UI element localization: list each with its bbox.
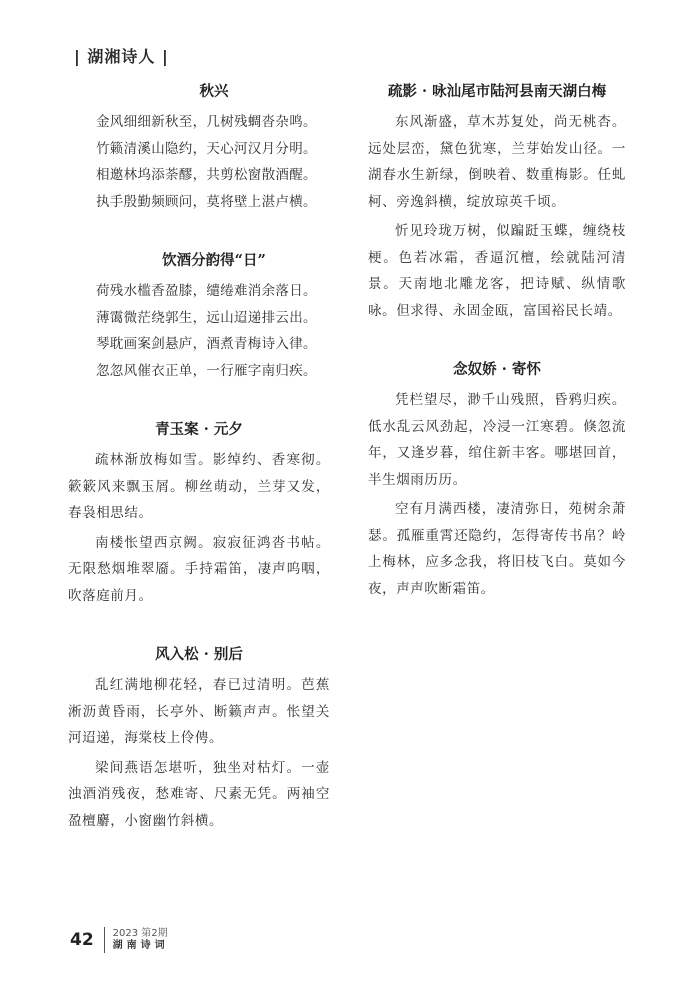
poem-line: 琴耽画案剑悬庐，酒煮青梅诗入律。 — [96, 331, 332, 358]
poem-paragraph: 南楼怅望西京阙。寂寂征鸿沓书帖。无限愁烟堆翠靥。手持霜笛，凄声呜咽，吹落庭前月。 — [68, 530, 330, 610]
poem-title: 疏影 · 咏汕尾市陆河县南天湖白梅 — [368, 82, 626, 102]
poem-line: 金风细细新秋至，几树残蜩沓杂鸣。 — [96, 109, 332, 136]
poem-line: 荷残水槛香盈膝，缱绻难消余落日。 — [96, 278, 332, 305]
poem-qingyuan: 青玉案 · 元夕 疏林渐放梅如雪。影绰约、香寒彻。簌簌风来飘玉屑。柳丝萌动，兰芽… — [68, 420, 330, 609]
left-column: 秋兴 金风细细新秋至，几树残蜩沓杂鸣。 竹籁清溪山隐约，天心河汉月分明。 相邀林… — [96, 82, 332, 870]
poem-title: 风入松 · 别后 — [68, 645, 330, 665]
poem-qiuxing: 秋兴 金风细细新秋至，几树残蜩沓杂鸣。 竹籁清溪山隐约，天心河汉月分明。 相邀林… — [96, 82, 332, 215]
footer-info: 2023 第2期 湖南诗词 — [113, 928, 169, 952]
poem-fengrusong: 风入松 · 别后 乱红满地柳花轻，春已过清明。芭蕉淅沥黄昏雨，长亭外、断籁声声。… — [68, 645, 330, 834]
poem-paragraph: 乱红满地柳花轻，春已过清明。芭蕉淅沥黄昏雨，长亭外、断籁声声。怅望关河迢递，海棠… — [68, 672, 330, 752]
poem-paragraph: 凭栏望尽，渺千山残照，昏鸦归疾。低水乱云风劲起，冷浸一江寒碧。倏忽流年，又逢岁暮… — [368, 387, 626, 493]
poem-paragraph: 空有月满西楼，凄清弥日，苑树余萧瑟。孤雁重霄还隐约，怎得寄传书帛？岭上梅林，应多… — [368, 496, 626, 602]
poem-line: 执手殷勤频顾问，莫将壁上湛卢横。 — [96, 189, 332, 216]
page-footer: 42 2023 第2期 湖南诗词 — [70, 927, 169, 953]
issue-label: 2023 第2期 — [113, 928, 169, 940]
section-tag: | 湖湘诗人 | — [74, 44, 169, 67]
footer-divider — [104, 927, 105, 953]
poem-title: 念奴娇 · 寄怀 — [368, 360, 626, 380]
magazine-name: 湖南诗词 — [113, 940, 169, 952]
poem-paragraph: 东风渐盛，草木苏复处，尚无桃杏。远处层峦，黛色犹寒，兰芽始发山径。一湖春水生新绿… — [368, 109, 626, 215]
poem-paragraph: 忻见玲珑万树，似蹁跹玉蝶，缠绕枝梗。色若冰霜，香逼沉檀，绘就陆河清景。天南地北雕… — [368, 218, 626, 324]
poem-paragraph: 疏林渐放梅如雪。影绰约、香寒彻。簌簌风来飘玉屑。柳丝萌动，兰芽又发，春袅相思结。 — [68, 447, 330, 527]
poem-niannujiao: 念奴娇 · 寄怀 凭栏望尽，渺千山残照，昏鸦归疾。低水乱云风劲起，冷浸一江寒碧。… — [368, 360, 626, 602]
poem-title: 青玉案 · 元夕 — [68, 420, 330, 440]
poem-yinjiu: 饮酒分韵得“日” 荷残水槛香盈膝，缱绻难消余落日。 薄霭微茫绕郭生，远山迢递排云… — [96, 251, 332, 384]
right-column: 疏影 · 咏汕尾市陆河县南天湖白梅 东风渐盛，草木苏复处，尚无桃杏。远处层峦，黛… — [368, 82, 626, 638]
poem-title: 饮酒分韵得“日” — [96, 251, 332, 271]
poem-line: 相邀林坞添荼醪，共剪松窗散酒醒。 — [96, 162, 332, 189]
poem-shuying: 疏影 · 咏汕尾市陆河县南天湖白梅 东风渐盛，草木苏复处，尚无桃杏。远处层峦，黛… — [368, 82, 626, 324]
poem-line: 忽忽风催衣正单，一行雁字南归疾。 — [96, 358, 332, 385]
poem-line: 竹籁清溪山隐约，天心河汉月分明。 — [96, 136, 332, 163]
poem-title: 秋兴 — [96, 82, 332, 102]
page-number: 42 — [70, 930, 94, 950]
poem-line: 薄霭微茫绕郭生，远山迢递排云出。 — [96, 305, 332, 332]
poem-paragraph: 梁间燕语怎堪听，独坐对枯灯。一壶浊酒消残夜，愁难寄、尺素无凭。两袖空盈檀麝，小窗… — [68, 755, 330, 835]
